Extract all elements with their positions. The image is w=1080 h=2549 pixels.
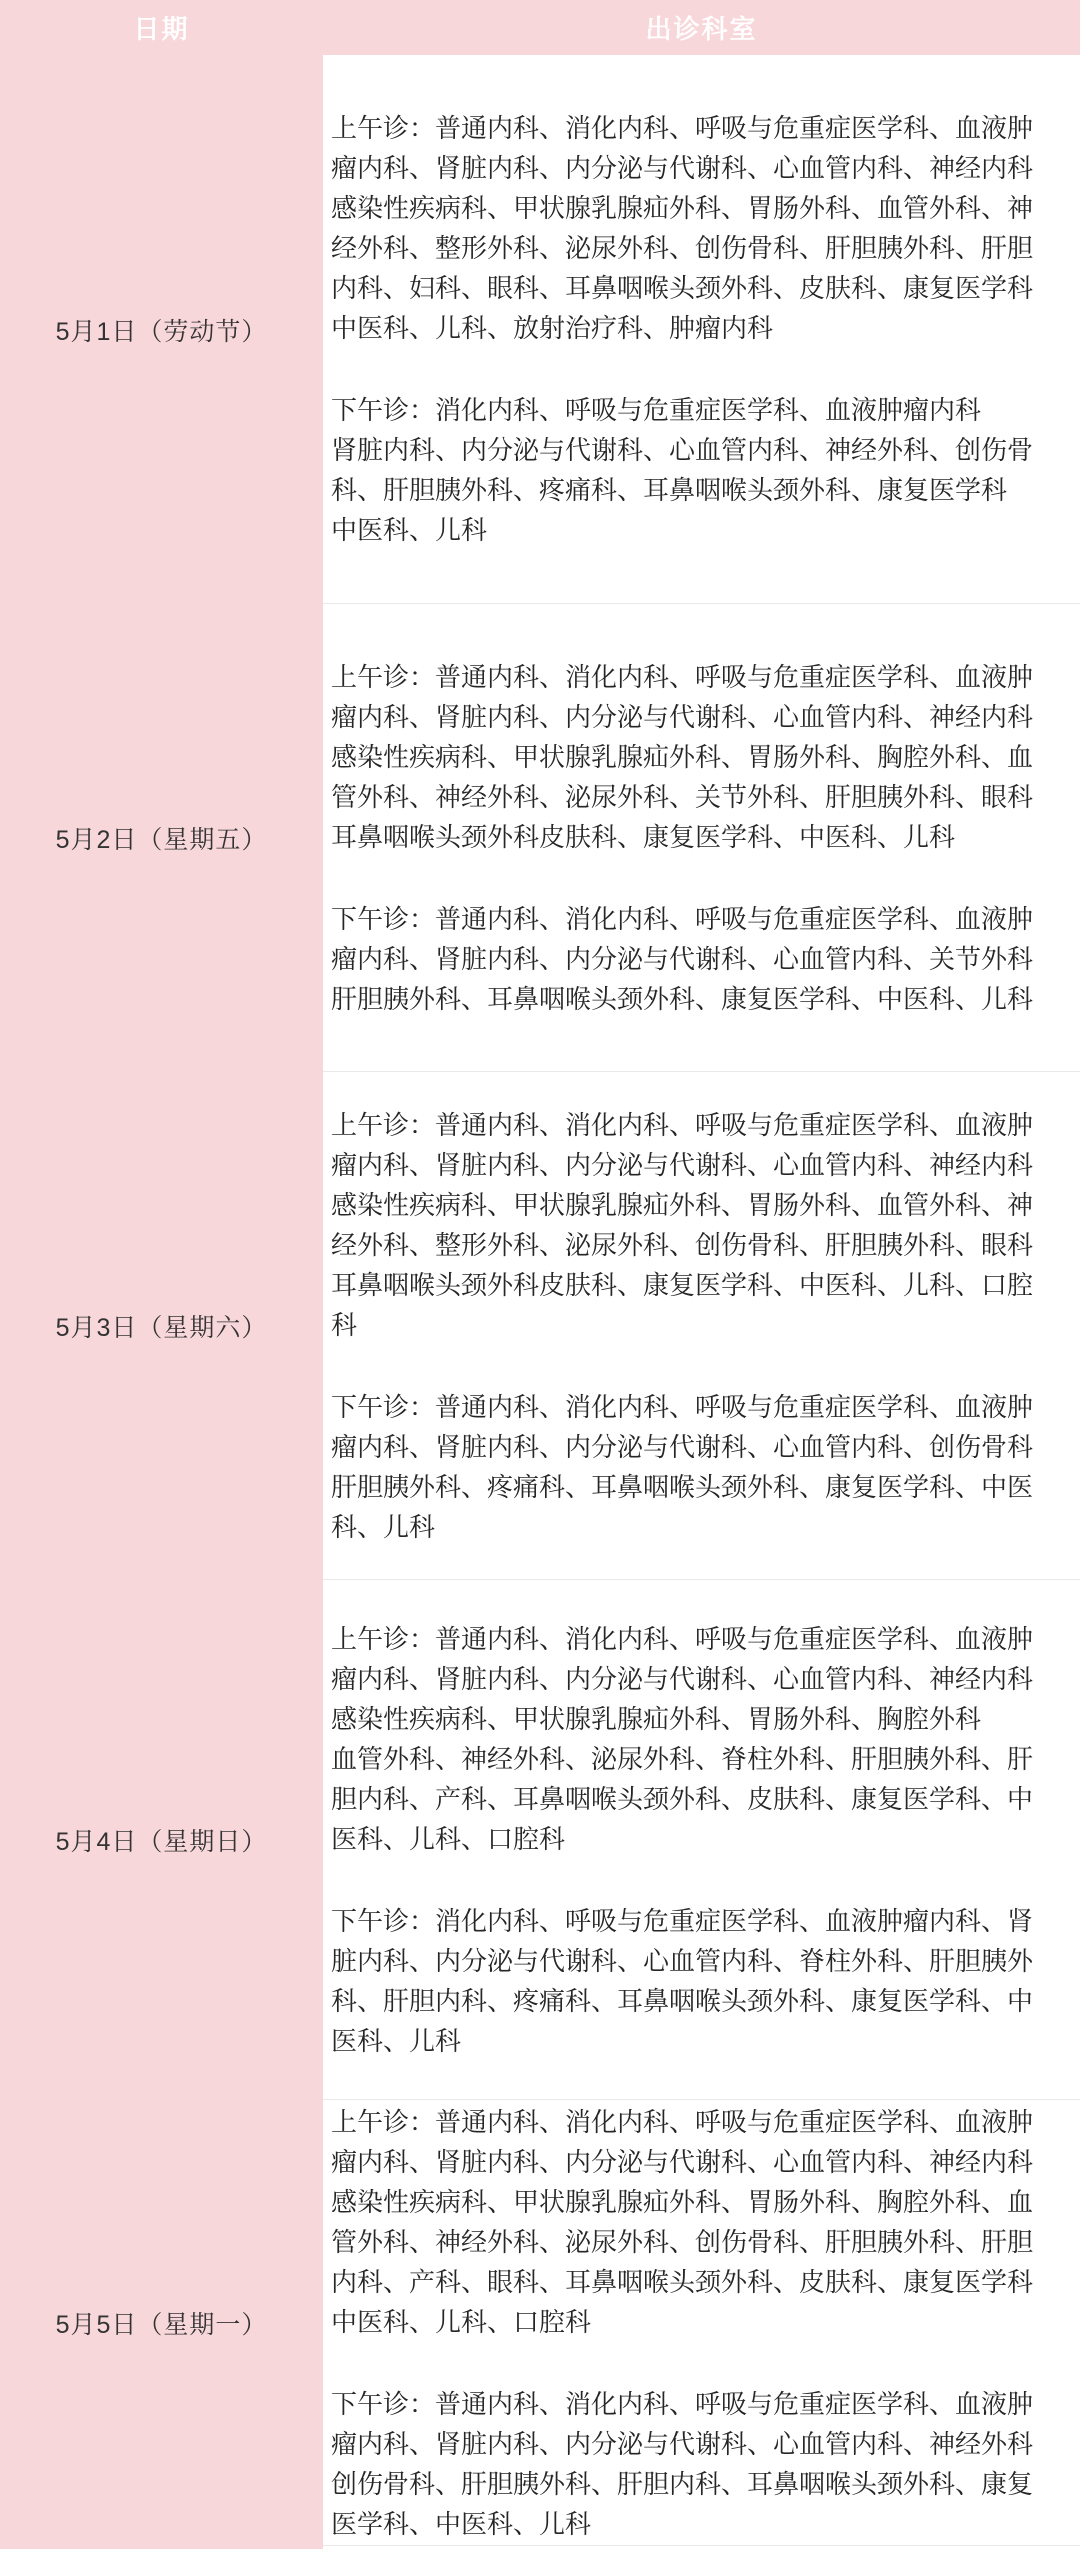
date-cell: 5月5日（星期一） bbox=[0, 2100, 323, 2546]
dept-cell: 上午诊：普通内科、消化内科、呼吸与危重症医学科、血液肿 瘤内科、肾脏内科、内分泌… bbox=[323, 1072, 1080, 1580]
dept-cell: 上午诊：普通内科、消化内科、呼吸与危重症医学科、血液肿 瘤内科、肾脏内科、内分泌… bbox=[323, 2100, 1080, 2546]
afternoon-session-text: 下午诊：普通内科、消化内科、呼吸与危重症医学科、血液肿 瘤内科、肾脏内科、内分泌… bbox=[331, 1387, 1066, 1547]
header-dept-label: 出诊科室 bbox=[645, 9, 757, 46]
date-label: 5月4日（星期日） bbox=[56, 1822, 268, 1858]
morning-session-text: 上午诊：普通内科、消化内科、呼吸与危重症医学科、血液肿 瘤内科、肾脏内科、内分泌… bbox=[331, 1105, 1066, 1345]
morning-session-text: 上午诊：普通内科、消化内科、呼吸与危重症医学科、血液肿 瘤内科、肾脏内科、内分泌… bbox=[331, 2102, 1066, 2342]
afternoon-session-text: 下午诊：普通内科、消化内科、呼吸与危重症医学科、血液肿 瘤内科、肾脏内科、内分泌… bbox=[331, 2384, 1066, 2544]
dept-cell: 上午诊：普通内科、消化内科、呼吸与危重症医学科、血液肿 瘤内科、肾脏内科、内分泌… bbox=[323, 55, 1080, 604]
morning-session-text: 上午诊：普通内科、消化内科、呼吸与危重症医学科、血液肿 瘤内科、肾脏内科、内分泌… bbox=[331, 1619, 1066, 1859]
afternoon-session-text: 下午诊：普通内科、消化内科、呼吸与危重症医学科、血液肿 瘤内科、肾脏内科、内分泌… bbox=[331, 899, 1066, 1019]
morning-session-text: 上午诊：普通内科、消化内科、呼吸与危重症医学科、血液肿 瘤内科、肾脏内科、内分泌… bbox=[331, 657, 1066, 857]
date-label: 5月2日（星期五） bbox=[56, 820, 268, 856]
schedule-table: 日期 出诊科室 5月1日（劳动节） 上午诊：普通内科、消化内科、呼吸与危重症医学… bbox=[0, 0, 1080, 2549]
afternoon-session-text: 下午诊：消化内科、呼吸与危重症医学科、血液肿瘤内科 肾脏内科、内分泌与代谢科、心… bbox=[331, 390, 1066, 550]
date-cell: 5月2日（星期五） bbox=[0, 604, 323, 1072]
table-row: 5月1日（劳动节） 上午诊：普通内科、消化内科、呼吸与危重症医学科、血液肿 瘤内… bbox=[0, 55, 1080, 604]
header-date-column: 日期 bbox=[0, 0, 323, 55]
table-row: 5月5日（星期一） 上午诊：普通内科、消化内科、呼吸与危重症医学科、血液肿 瘤内… bbox=[0, 2100, 1080, 2546]
dept-cell: 上午诊：普通内科、消化内科、呼吸与危重症医学科、血液肿 瘤内科、肾脏内科、内分泌… bbox=[323, 1580, 1080, 2100]
header-date-label: 日期 bbox=[133, 9, 189, 46]
table-row: 5月2日（星期五） 上午诊：普通内科、消化内科、呼吸与危重症医学科、血液肿 瘤内… bbox=[0, 604, 1080, 1072]
date-label: 5月5日（星期一） bbox=[56, 2305, 268, 2341]
date-cell: 5月1日（劳动节） bbox=[0, 55, 323, 604]
morning-session-text: 上午诊：普通内科、消化内科、呼吸与危重症医学科、血液肿 瘤内科、肾脏内科、内分泌… bbox=[331, 108, 1066, 348]
table-header-row: 日期 出诊科室 bbox=[0, 0, 1080, 55]
date-cell: 5月4日（星期日） bbox=[0, 1580, 323, 2100]
afternoon-session-text: 下午诊：消化内科、呼吸与危重症医学科、血液肿瘤内科、肾 脏内科、内分泌与代谢科、… bbox=[331, 1901, 1066, 2061]
dept-cell: 上午诊：普通内科、消化内科、呼吸与危重症医学科、血液肿 瘤内科、肾脏内科、内分泌… bbox=[323, 604, 1080, 1072]
date-label: 5月1日（劳动节） bbox=[56, 312, 268, 348]
table-row: 5月3日（星期六） 上午诊：普通内科、消化内科、呼吸与危重症医学科、血液肿 瘤内… bbox=[0, 1072, 1080, 1580]
date-cell: 5月3日（星期六） bbox=[0, 1072, 323, 1580]
table-row: 5月4日（星期日） 上午诊：普通内科、消化内科、呼吸与危重症医学科、血液肿 瘤内… bbox=[0, 1580, 1080, 2100]
date-label: 5月3日（星期六） bbox=[56, 1308, 268, 1344]
schedule-page: 日期 出诊科室 5月1日（劳动节） 上午诊：普通内科、消化内科、呼吸与危重症医学… bbox=[0, 0, 1080, 2549]
header-dept-column: 出诊科室 bbox=[323, 0, 1080, 55]
